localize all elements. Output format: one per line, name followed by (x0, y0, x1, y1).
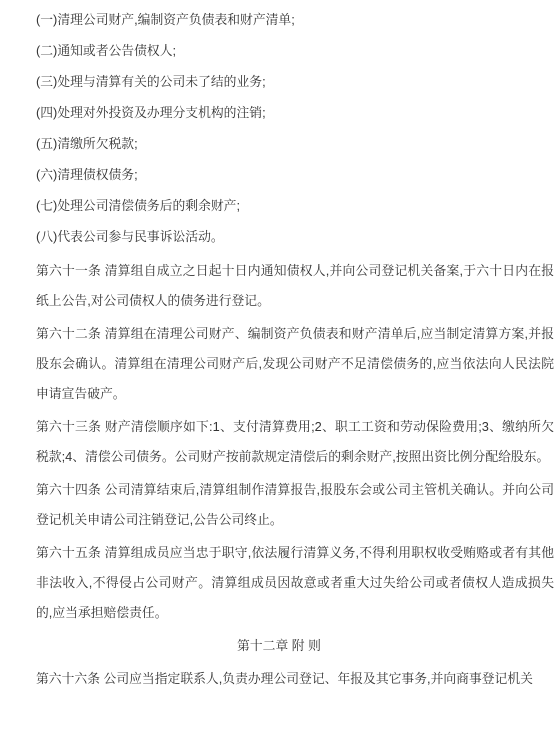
clause-list-item: (四)处理对外投资及办理分支机构的注销; (36, 98, 554, 128)
clause-list-item: (七)处理公司清偿债务后的剩余财产; (36, 191, 554, 221)
clause-list-item: (八)代表公司参与民事诉讼活动。 (36, 222, 554, 252)
article-paragraph-61: 第六十一条 清算组自成立之日起十日内通知债权人,并向公司登记机关备案,于六十日内… (36, 256, 554, 316)
article-paragraph-63: 第六十三条 财产清偿顺序如下:1、支付清算费用;2、职工工资和劳动保险费用;3、… (36, 412, 554, 472)
article-paragraph-64: 第六十四条 公司清算结束后,清算组制作清算报告,报股东会或公司主管机关确认。并向… (36, 475, 554, 535)
clause-list-item: (五)清缴所欠税款; (36, 129, 554, 159)
article-paragraph-62: 第六十二条 清算组在清理公司财产、编制资产负债表和财产清单后,应当制定清算方案,… (36, 319, 554, 409)
chapter-heading: 第十二章 附 则 (0, 631, 558, 661)
liquidation-clause-list: (一)清理公司财产,编制资产负债表和财产清单; (二)通知或者公告债权人; (三… (36, 5, 554, 252)
clause-list-item: (二)通知或者公告债权人; (36, 36, 554, 66)
article-paragraph-66: 第六十六条 公司应当指定联系人,负责办理公司登记、年报及其它事务,并向商事登记机… (36, 664, 554, 694)
clause-list-item: (三)处理与清算有关的公司未了结的业务; (36, 67, 554, 97)
article-paragraph-65: 第六十五条 清算组成员应当忠于职守,依法履行清算义务,不得利用职权收受贿赂或者有… (36, 538, 554, 628)
clause-list-item: (一)清理公司财产,编制资产负债表和财产清单; (36, 5, 554, 35)
clause-list-item: (六)清理债权债务; (36, 160, 554, 190)
chapter-12-section: 第十二章 附 则 第六十六条 公司应当指定联系人,负责办理公司登记、年报及其它事… (36, 631, 554, 694)
document-page: (一)清理公司财产,编制资产负债表和财产清单; (二)通知或者公告债权人; (三… (0, 0, 558, 748)
chapter-11-articles: 第六十一条 清算组自成立之日起十日内通知债权人,并向公司登记机关备案,于六十日内… (36, 256, 554, 628)
